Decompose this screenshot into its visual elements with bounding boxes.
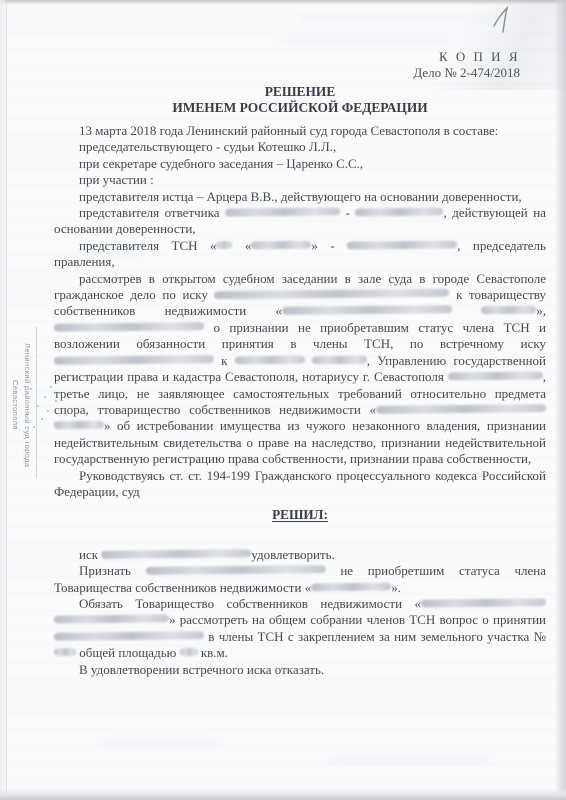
pen-dot <box>33 426 35 428</box>
redaction-mark <box>355 208 443 217</box>
redaction-mark <box>146 565 326 575</box>
scan-edge-left-line <box>6 0 7 800</box>
scan-edge-top <box>0 0 566 5</box>
redaction-mark <box>101 549 251 559</box>
paragraph: Признать не приобретшим статуса члена То… <box>54 563 546 596</box>
redaction-mark <box>312 355 367 364</box>
paragraph: рассмотрев в открытом судебном заседании… <box>54 271 546 468</box>
redaction-mark <box>225 207 340 216</box>
paragraph: Руководствуясь ст. ст. 194-199 Гражданск… <box>54 468 546 501</box>
paragraph: В удовлетворении встречного иска отказат… <box>54 662 546 678</box>
paragraph: представителя ТСН « «» - , председатель … <box>54 238 546 271</box>
scanned-court-decision-page: К О П И Я Дело № 2-474/2018 РЕШЕНИЕ ИМЕН… <box>0 0 566 800</box>
text-run: иск <box>79 547 101 562</box>
redaction-mark <box>481 306 536 315</box>
redaction-mark <box>421 598 546 607</box>
text-run: Руководствуясь ст. ст. 194-199 Гражданск… <box>54 468 546 499</box>
title-line-2: ИМЕНЕМ РОССИЙСКОЙ ФЕДЕРАЦИИ <box>54 100 546 116</box>
text-run: » рассмотреть на общем собрании членов Т… <box>169 612 546 627</box>
pen-dot <box>26 413 28 415</box>
stamp-line-2: Севастополя <box>9 330 21 480</box>
text-run <box>305 353 312 368</box>
text-run: « <box>232 238 251 253</box>
text-run: Обязать Товарищество собственников недви… <box>79 596 421 611</box>
text-run <box>452 303 481 318</box>
text-run: кв.м. <box>198 645 228 660</box>
pen-stroke-icon <box>490 5 520 39</box>
redaction-mark <box>54 421 104 430</box>
redaction-mark <box>214 289 449 299</box>
paragraph: представителя ответчика - , действующей … <box>54 205 546 238</box>
bleed-through <box>280 38 450 44</box>
text-run: В удовлетворении встречного иска отказат… <box>79 662 324 677</box>
redaction-mark <box>54 631 204 641</box>
text-run: в члены ТСН с закреплением за ним земель… <box>204 629 546 644</box>
redaction-mark <box>448 372 543 381</box>
bleed-through <box>300 16 500 23</box>
document-text: 13 марта 2018 года Ленинский районный су… <box>54 123 546 678</box>
title-line-1: РЕШЕНИЕ <box>54 84 546 100</box>
scan-edge-right <box>554 0 566 800</box>
text-run: представителя ответчика <box>79 205 225 220</box>
pen-dot <box>44 396 46 398</box>
stamp-frame-line <box>36 327 37 478</box>
redaction-mark <box>180 648 198 656</box>
text-run: » об истребовании имущества из чужого не… <box>54 418 546 466</box>
text-run: 13 марта 2018 года Ленинский районный су… <box>79 123 498 138</box>
bleed-through <box>330 755 490 763</box>
stamp-line-1: Ленинский районный суд города <box>21 330 33 480</box>
text-run: при участии : <box>79 172 154 187</box>
paragraph: Обязать Товарищество собственников недви… <box>54 596 546 662</box>
pen-dot <box>55 400 57 402</box>
redaction-mark <box>54 648 76 656</box>
redaction-mark <box>347 240 457 249</box>
paragraph: представителя истца – Арцера В.В., дейст… <box>54 189 546 205</box>
case-number: Дело № 2-474/2018 <box>413 65 520 81</box>
scan-edge-bottom <box>0 788 566 800</box>
resolution-heading-text: РЕШИЛ: <box>272 507 328 522</box>
text-run: к <box>214 353 235 368</box>
resolution-body: иск удовлетворить.Признать не приобретши… <box>54 547 546 678</box>
text-run: при секретаре судебного заседания – Царе… <box>79 156 363 171</box>
paragraph: иск удовлетворить. <box>54 547 546 563</box>
redaction-mark <box>54 322 204 332</box>
redaction-mark <box>235 355 305 364</box>
text-run: », <box>536 303 546 318</box>
redaction-mark <box>251 241 311 250</box>
text-run: представителя истца – Арцера В.В., дейст… <box>79 189 522 204</box>
pen-dot <box>37 405 39 407</box>
text-run: председательствующего - судьи Котешко Л.… <box>79 139 336 154</box>
text-run: удовлетворить. <box>251 547 335 562</box>
pen-dot <box>41 418 43 420</box>
paragraph: 13 марта 2018 года Ленинский районный су… <box>54 123 546 139</box>
redaction-mark <box>216 241 232 249</box>
redaction-mark <box>282 306 452 316</box>
resolution-heading: РЕШИЛ: <box>54 507 546 523</box>
court-side-stamp: Ленинский районный суд города Севастопол… <box>9 330 33 480</box>
text-run: » - <box>311 238 347 253</box>
handwritten-page-number <box>490 5 520 39</box>
text-run: представителя ТСН « <box>79 238 216 253</box>
redaction-mark <box>54 355 214 365</box>
paragraph: председательствующего - судьи Котешко Л.… <box>54 139 546 155</box>
text-run: ». <box>391 580 401 595</box>
copy-label: К О П И Я <box>413 49 520 65</box>
paragraph: при секретаре судебного заседания – Царе… <box>54 156 546 172</box>
pen-dot <box>47 410 49 412</box>
pen-dot <box>50 386 52 388</box>
paragraph: при участии : <box>54 172 546 188</box>
document-body: 13 марта 2018 года Ленинский районный су… <box>54 123 546 500</box>
text-run: - <box>340 205 355 220</box>
text-run: общей площадью <box>76 645 180 660</box>
header-right-block: К О П И Я Дело № 2-474/2018 <box>413 49 520 81</box>
redaction-mark <box>54 615 169 624</box>
pen-dot <box>30 388 32 390</box>
document-title: РЕШЕНИЕ ИМЕНЕМ РОССИЙСКОЙ ФЕДЕРАЦИИ <box>54 84 546 115</box>
redaction-mark <box>376 404 546 414</box>
redaction-mark <box>311 582 391 591</box>
text-run: Признать <box>79 563 146 578</box>
bleed-through <box>100 740 220 748</box>
